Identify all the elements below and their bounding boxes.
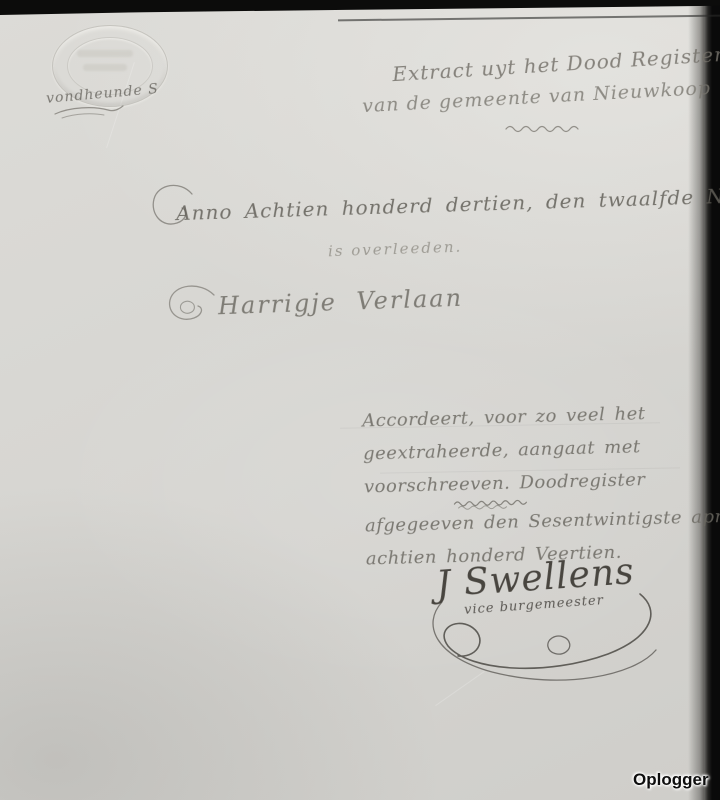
header-underline-squiggle: [504, 122, 576, 134]
signature-flourish: [412, 580, 662, 685]
document-photo: vondheunde S Extract uyt het Dood Regist…: [0, 0, 720, 800]
film-edge-right: [704, 0, 720, 800]
embossed-seal-text-band: [77, 50, 133, 57]
attestation-block: Accordeert, voor zo veel het geextraheer…: [362, 396, 706, 576]
embossed-seal-text-band: [83, 64, 127, 71]
watermark-label: Oplogger: [633, 770, 709, 790]
name-curl-mark: [162, 284, 220, 326]
marginal-note-flourish: [52, 104, 130, 120]
